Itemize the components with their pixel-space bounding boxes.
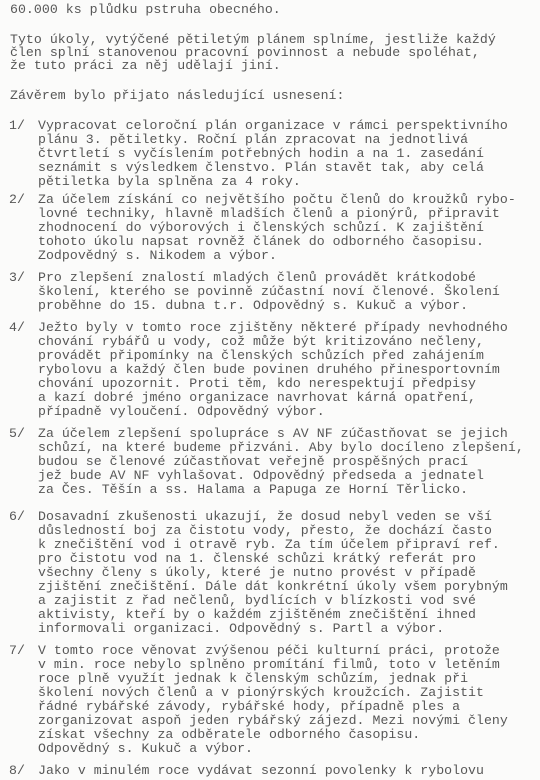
item-number: 1/	[9, 119, 25, 133]
item-line: v min. roce nebylo splněno promítání fil…	[38, 658, 500, 672]
item-line: školení, kterého se povinně zúčastní nov…	[38, 285, 500, 299]
item-line: informovali organizaci. Odpovědný s. Par…	[38, 622, 444, 636]
item-number: 7/	[9, 644, 25, 658]
item-line: školení nových členů a v pionýrských kro…	[38, 686, 484, 700]
item-line: Vypracovat celoroční plán organizace v r…	[38, 119, 508, 133]
resolution-heading: Závěrem bylo přijato následující usnesen…	[10, 89, 344, 103]
paragraph-line: že tuto práci za něj udělají jiní.	[10, 59, 281, 73]
item-line: Ježto byly v tomto roce zjištěny některé…	[38, 321, 508, 335]
intro-line: 60.000 ks plůdku pstruha obecného.	[10, 3, 281, 17]
item-line: Jako v minulém roce vydávat sezonní povo…	[38, 764, 484, 778]
item-line: všechny členy s úkoly, které je nutno pr…	[38, 566, 476, 580]
item-line: provádět připomínky na členských schůzíc…	[38, 349, 484, 363]
item-line: seznámit s výsledkem členstvo. Plán stav…	[38, 161, 484, 175]
item-line: zhodnocení do výborových i členských sch…	[38, 221, 484, 235]
item-line: Za účelem zlepšení spolupráce s AV NF zú…	[38, 427, 508, 441]
item-line: k znečištění vod i otravě ryb. Za tím úč…	[38, 538, 500, 552]
item-line: a kazí dobré jméno organizace navrhovat …	[38, 391, 476, 405]
item-line: Odpovědný s. Kukuč a výbor.	[38, 742, 253, 756]
typewritten-page: 60.000 ks plůdku pstruha obecného. Tyto …	[0, 0, 540, 780]
item-number: 8/	[9, 764, 25, 778]
item-number: 4/	[9, 321, 25, 335]
item-line: čtvrtletí s vyčíslením potřebných hodin …	[38, 147, 484, 161]
item-line: lovné techniky, hlavně mladších členů a …	[38, 207, 500, 221]
item-line: rybolovu a každý člen bude povinen druhé…	[38, 363, 500, 377]
item-line: pro čistotu vod na 1. členské schůzi krá…	[38, 552, 476, 566]
item-line: Dosavadní zkušenosti ukazují, že dosud n…	[38, 510, 492, 524]
item-line: a zajistit z řad nečlenů, bydlících v bl…	[38, 594, 476, 608]
item-number: 3/	[9, 271, 25, 285]
item-line: tohoto úkolu napsat rovněž článek do odb…	[38, 235, 484, 249]
item-line: Pro zlepšení znalostí mladých členů prov…	[38, 271, 476, 285]
item-line: chování rybářů u vody, což může být krit…	[38, 335, 484, 349]
item-line: jež bude AV NF vyhlašovat. Odpovědný pře…	[38, 469, 484, 483]
item-line: proběhne do 15. dubna t.r. Odpovědný s. …	[38, 299, 468, 313]
item-line: roce plně využít jednak k členským schůz…	[38, 672, 468, 686]
item-line: získat všechny za odběratele odborného č…	[38, 728, 420, 742]
item-line: plánu 3. pětiletky. Roční plán zpracovat…	[38, 133, 468, 147]
item-line: aktivisty, kteří by o každém zjištěném z…	[38, 608, 476, 622]
item-line: zjištění znečištění. Dále dát konkrétní …	[38, 580, 508, 594]
item-number: 2/	[9, 193, 25, 207]
item-line: důsledností boj za čistotu vody, přesto,…	[38, 524, 492, 538]
item-line: pětiletka byla splněna za 4 roky.	[38, 175, 301, 189]
item-number: 5/	[9, 427, 25, 441]
item-number: 6/	[9, 510, 25, 524]
item-line: chování upozornit. Proti těm, kdo neresp…	[38, 377, 476, 391]
item-line: schůzí, na které budeme přizváni. Aby by…	[38, 441, 524, 455]
item-line: zorganizovat aspoň jeden rybářský zájezd…	[38, 714, 508, 728]
item-line: budou se členové zúčastňovat veřejně pro…	[38, 455, 468, 469]
item-line: Zodpovědný s. Nikodem a výbor.	[38, 249, 277, 263]
item-line: za Čes. Těšín a ss. Halama a Papuga ze H…	[38, 483, 468, 497]
item-line: případně vyloučení. Odpovědný výbor.	[38, 405, 325, 419]
item-line: řádné rybářské závody, rybářské hody, př…	[38, 700, 460, 714]
item-line: Za účelem získání co největšího počtu čl…	[38, 193, 516, 207]
item-line: V tomto roce věnovat zvýšenou péči kultu…	[38, 644, 500, 658]
